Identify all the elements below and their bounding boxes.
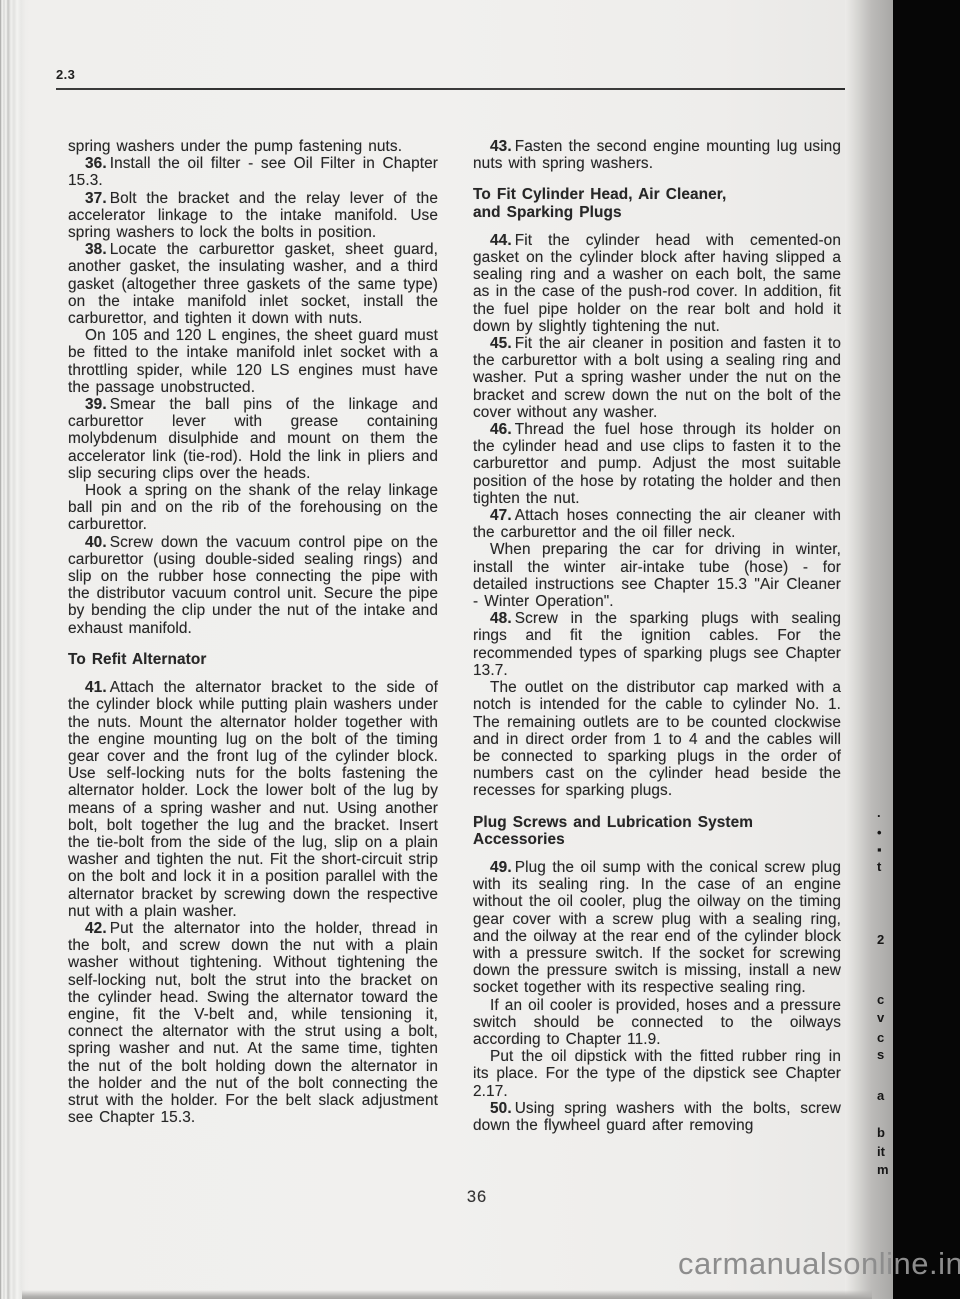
paragraph: 44.Fit the cylinder head with cemented-o… — [473, 232, 841, 335]
paragraph: 49.Plug the oil sump with the conical sc… — [473, 859, 841, 997]
section-heading-line: Accessories — [473, 831, 841, 848]
adjacent-page-edge — [845, 0, 893, 1299]
paragraph: 43.Fasten the second engine mounting lug… — [473, 138, 841, 172]
edge-text-fragment: m — [877, 1163, 895, 1176]
scanned-manual-page: { "page": { "section_label": "2.3", "pag… — [0, 0, 960, 1299]
edge-text-fragment: 2 — [877, 933, 895, 946]
paragraph: 40.Screw down the vacuum control pipe on… — [68, 534, 438, 637]
step-number: 39. — [85, 396, 110, 413]
edge-text-fragment: t — [877, 860, 895, 873]
section-heading: To Refit Alternator — [68, 651, 438, 668]
section-label: 2.3 — [56, 67, 75, 82]
paragraph: 38.Locate the carburettor gasket, sheet … — [68, 241, 438, 327]
paragraph: 50.Using spring washers with the bolts, … — [473, 1100, 841, 1134]
paragraph: 46.Thread the fuel hose through its hold… — [473, 421, 841, 507]
step-number: 46. — [490, 421, 515, 438]
paragraph: 42.Put the alternator into the holder, t… — [68, 920, 438, 1126]
paragraph: The outlet on the distributor cap marked… — [473, 679, 841, 799]
paragraph: 48.Screw in the sparking plugs with seal… — [473, 610, 841, 679]
page-bottom-shadow — [22, 1290, 872, 1299]
edge-text-fragment: • — [877, 826, 895, 839]
step-number: 43. — [490, 138, 515, 155]
edge-text-fragment: b — [877, 1126, 895, 1139]
paragraph: 41.Attach the alternator bracket to the … — [68, 679, 438, 920]
step-number: 40. — [85, 534, 110, 551]
edge-text-fragment: ▪ — [877, 843, 895, 856]
edge-text-fragment: s — [877, 1048, 895, 1061]
step-number: 42. — [85, 920, 110, 937]
step-number: 37. — [85, 190, 110, 207]
paragraph: On 105 and 120 L engines, the sheet guar… — [68, 327, 438, 396]
section-heading-line: To Refit Alternator — [68, 651, 438, 668]
step-number: 50. — [490, 1100, 515, 1117]
header-rule — [56, 88, 856, 90]
section-heading-line: Plug Screws and Lubrication System — [473, 814, 841, 831]
edge-text-fragment: it — [877, 1145, 895, 1158]
watermark: carmanualsonline.info — [678, 1246, 960, 1282]
scan-black-margin — [893, 0, 960, 1299]
edge-text-fragment: v — [877, 1011, 895, 1024]
paragraph: When preparing the car for driving in wi… — [473, 541, 841, 610]
section-heading-line: and Sparking Plugs — [473, 204, 841, 221]
step-number: 38. — [85, 241, 110, 258]
paragraph: If an oil cooler is provided, hoses and … — [473, 997, 841, 1049]
text-column-left: spring washers under the pump fastening … — [68, 138, 438, 1126]
paragraph: Put the oil dipstick with the fitted rub… — [473, 1048, 841, 1100]
page-number: 36 — [447, 1188, 507, 1207]
section-heading: To Fit Cylinder Head, Air Cleaner,and Sp… — [473, 186, 841, 220]
step-number: 36. — [85, 155, 110, 172]
paragraph: spring washers under the pump fastening … — [68, 138, 438, 155]
step-number: 44. — [490, 232, 515, 249]
edge-text-fragment: . — [877, 806, 895, 819]
paragraph: 39.Smear the ball pins of the linkage an… — [68, 396, 438, 482]
step-number: 45. — [490, 335, 515, 352]
book-binding-edge — [0, 0, 26, 1299]
paragraph: 45.Fit the air cleaner in position and f… — [473, 335, 841, 421]
edge-text-fragment: c — [877, 993, 895, 1006]
paragraph: 47.Attach hoses connecting the air clean… — [473, 507, 841, 541]
edge-text-fragment: a — [877, 1089, 895, 1102]
paragraph: 36.Install the oil filter - see Oil Filt… — [68, 155, 438, 189]
step-number: 41. — [85, 679, 110, 696]
edge-text-fragment: c — [877, 1031, 895, 1044]
step-number: 48. — [490, 610, 515, 627]
text-column-right: 43.Fasten the second engine mounting lug… — [473, 138, 841, 1134]
section-heading-line: To Fit Cylinder Head, Air Cleaner, — [473, 186, 841, 203]
step-number: 49. — [490, 859, 515, 876]
step-number: 47. — [490, 507, 515, 524]
section-heading: Plug Screws and Lubrication SystemAccess… — [473, 814, 841, 848]
paragraph: Hook a spring on the shank of the relay … — [68, 482, 438, 534]
paragraph: 37.Bolt the bracket and the relay lever … — [68, 190, 438, 242]
